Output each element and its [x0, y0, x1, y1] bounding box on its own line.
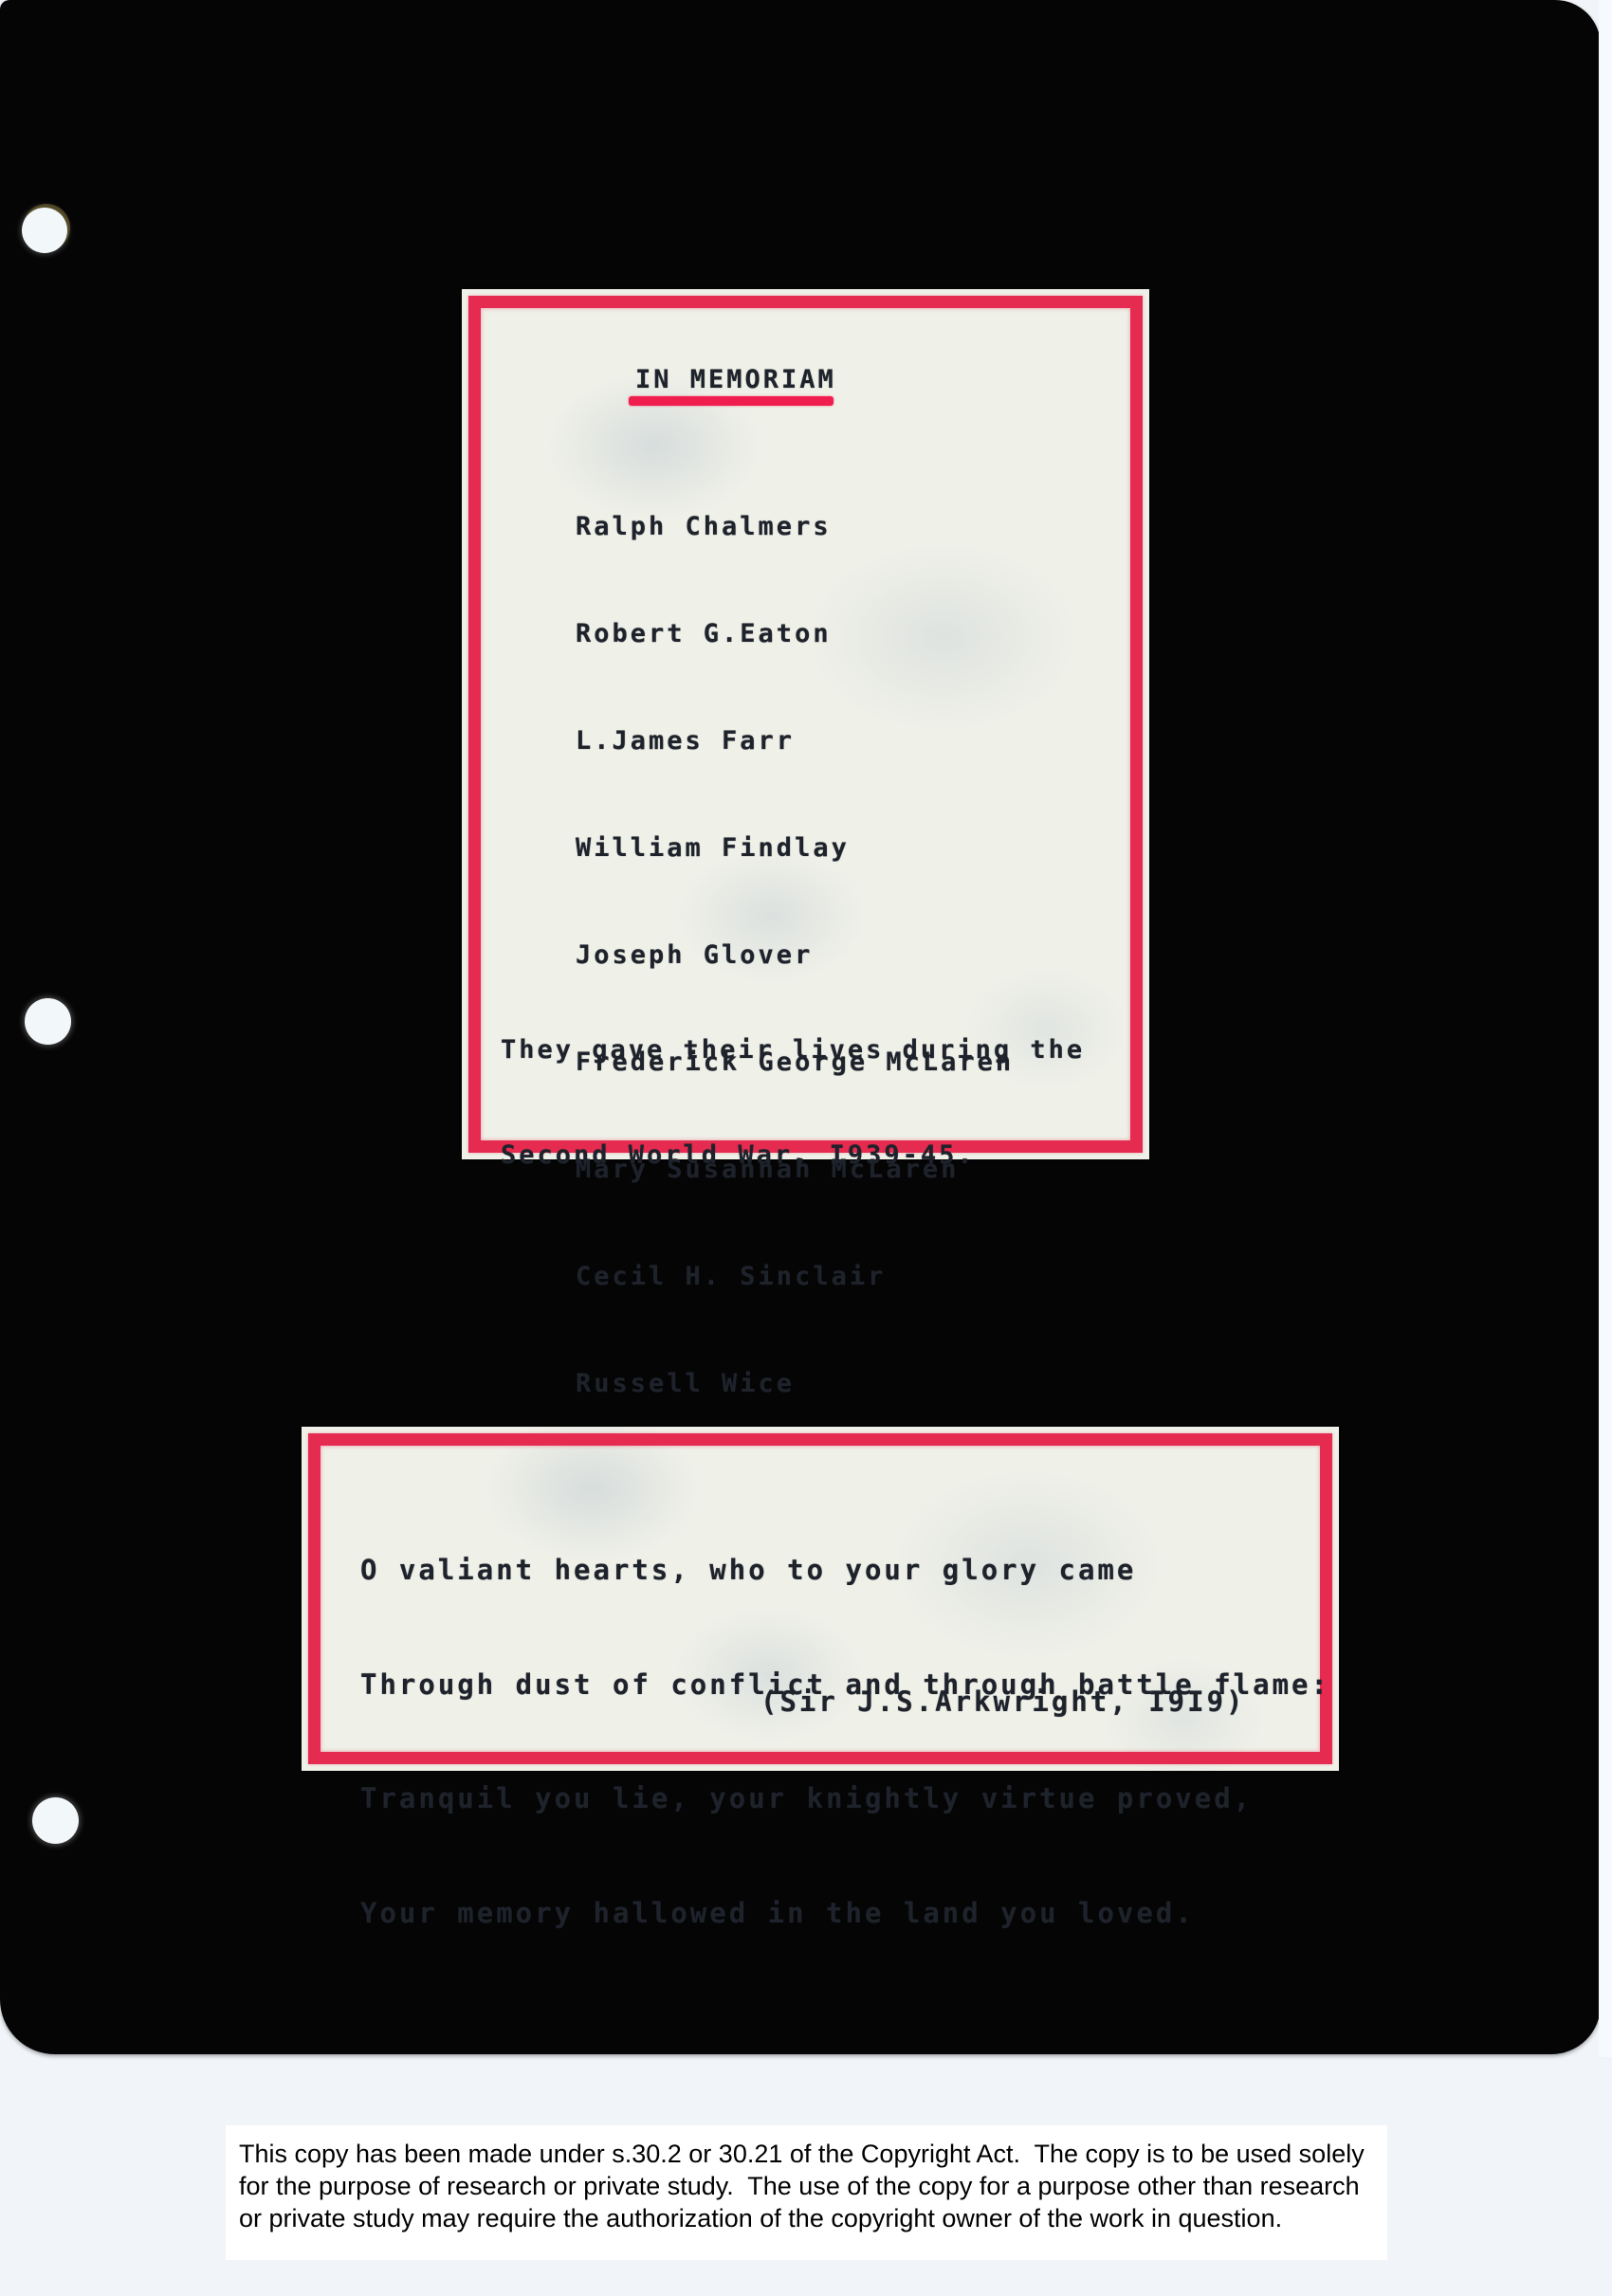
dedication-line: Second World War, I939-45. — [501, 1132, 1085, 1178]
memorial-name: Cecil H. Sinclair — [576, 1252, 1014, 1301]
memorial-name: Russell Wice — [576, 1359, 1014, 1408]
copyright-notice: This copy has been made under s.30.2 or … — [226, 2125, 1387, 2260]
poem-attribution: (Sir J.S.Arkwright, I9I9) — [760, 1681, 1246, 1722]
poem-card: O valiant hearts, who to your glory came… — [302, 1427, 1339, 1771]
memorial-name: William Findlay — [576, 824, 1014, 872]
poem-line: Your memory hallowed in the land you lov… — [360, 1888, 1330, 1939]
memorial-name: Ralph Chalmers — [576, 502, 1014, 551]
punch-hole-top — [22, 208, 67, 253]
punch-hole-bottom — [32, 1797, 79, 1844]
memorial-name: L.James Farr — [576, 717, 1014, 765]
copyright-line: for the purpose of research or private s… — [239, 2170, 1374, 2202]
memorial-dedication: They gave their lives during the Second … — [501, 968, 1085, 1237]
poem-line: Tranquil you lie, your knightly virtue p… — [360, 1774, 1330, 1824]
memorial-title-underline — [629, 396, 833, 406]
copyright-line: This copy has been made under s.30.2 or … — [239, 2138, 1374, 2170]
scanned-document: IN MEMORIAM Ralph Chalmers Robert G.Eato… — [0, 0, 1612, 2296]
dedication-line: They gave their lives during the — [501, 1027, 1085, 1073]
memorial-name: Robert G.Eaton — [576, 610, 1014, 658]
album-page: IN MEMORIAM Ralph Chalmers Robert G.Eato… — [0, 0, 1601, 2054]
memorial-title: IN MEMORIAM — [635, 361, 836, 399]
poem-line: O valiant hearts, who to your glory came — [360, 1545, 1330, 1595]
memorial-card: IN MEMORIAM Ralph Chalmers Robert G.Eato… — [462, 289, 1149, 1159]
copyright-line: or private study may require the authori… — [239, 2202, 1374, 2234]
poem-text: O valiant hearts, who to your glory came… — [360, 1481, 1330, 2002]
punch-hole-middle — [25, 998, 71, 1045]
